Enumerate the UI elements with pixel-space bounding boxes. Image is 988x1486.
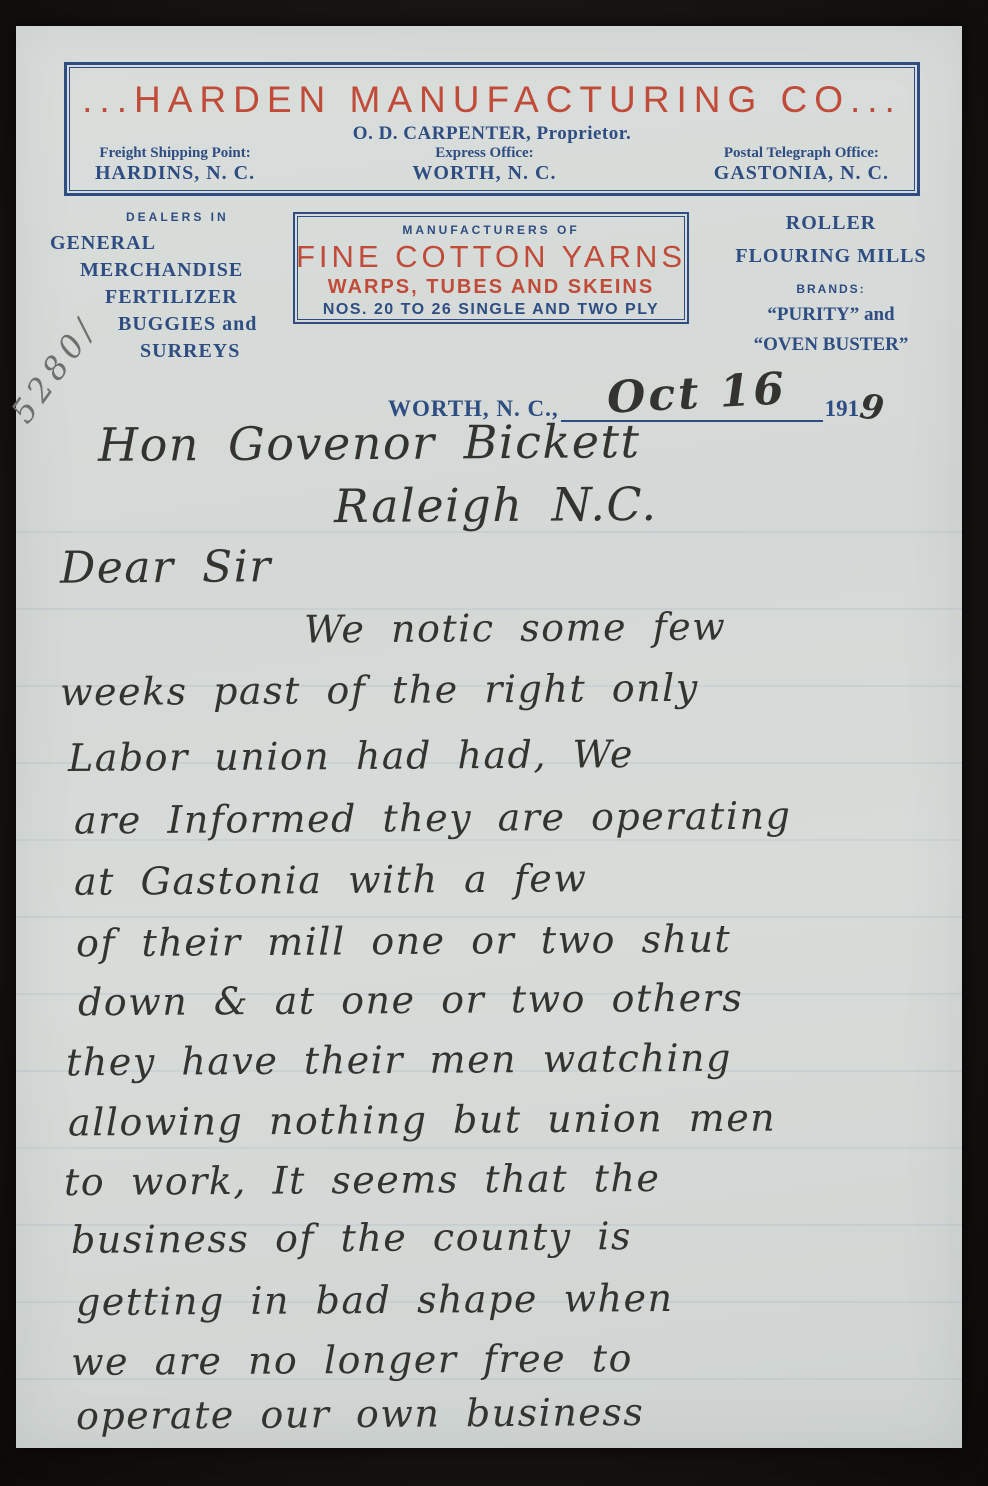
year-printed: 191 [825,396,860,422]
dealers-item: BUGGIES and [118,311,276,338]
body-line: at Gastonia with a few [74,856,588,904]
body-line: We notic some few [304,605,727,652]
office-value: WORTH, N. C. [412,162,556,185]
brand-purity: “PURITY” and [716,304,946,326]
photo-frame: ...HARDEN MANUFACTURING CO... O. D. CARP… [0,0,988,1486]
brand-oven-buster: “OVEN BUSTER” [716,334,946,356]
product-subtitle: WARPS, TUBES AND SKEINS [295,276,687,299]
manufacturers-box: MANUFACTURERS OF FINE COTTON YARNS WARPS… [293,212,689,324]
body-line: Labor union had had, We [68,732,634,780]
body-line: business of the county is [71,1214,632,1262]
dealers-item: FERTILIZER [105,284,276,311]
manufacturers-heading: MANUFACTURERS OF [295,223,687,237]
body-line: we are no longer free to [71,1336,633,1384]
body-line: getting in bad shape when [76,1276,674,1324]
mills-line1: ROLLER [716,212,946,235]
dealers-item: GENERAL [50,230,276,257]
body-line: to work, It seems that the [64,1156,661,1204]
brands-heading: BRANDS: [716,282,946,296]
proprietor-line: O. D. CARPENTER, Proprietor. [67,123,917,145]
address-line: Raleigh N.C. [334,477,658,533]
mills-line2: FLOURING MILLS [716,245,946,268]
body-line: are Informed they are operating [74,793,792,842]
body-line: they have their men watching [66,1036,732,1085]
dealers-item: MERCHANDISE [80,257,276,284]
body-line: of their mill one or two shut [76,917,732,966]
office-value: GASTONIA, N. C. [714,162,889,185]
body-line: weeks past of the right only [60,666,699,714]
product-detail: NOS. 20 TO 26 SINGLE AND TWO PLY [295,301,687,319]
company-name: ...HARDEN MANUFACTURING CO... [67,79,917,121]
offices-row: Freight Shipping Point: HARDINS, N. C. E… [67,145,917,185]
dealers-heading: DEALERS IN [126,210,276,224]
handwritten-year-digit: 9 [857,387,886,430]
office-telegraph: Postal Telegraph Office: GASTONIA, N. C. [714,145,889,185]
office-label: Freight Shipping Point: [95,145,255,162]
product-title: FINE COTTON YARNS [295,239,687,275]
mills-column: ROLLER FLOURING MILLS BRANDS: “PURITY” a… [716,212,946,356]
address-line: Hon Govenor Bickett [98,414,641,472]
salutation: Dear Sir [60,541,272,593]
body-line: operate our own business [76,1390,645,1438]
dealers-item: SURREYS [140,338,276,365]
office-label: Express Office: [412,145,556,162]
body-line: allowing nothing but union men [68,1096,776,1145]
office-value: HARDINS, N. C. [95,162,255,185]
office-express: Express Office: WORTH, N. C. [412,145,556,185]
letterhead-box: ...HARDEN MANUFACTURING CO... O. D. CARP… [64,62,920,196]
office-label: Postal Telegraph Office: [714,145,889,162]
office-freight: Freight Shipping Point: HARDINS, N. C. [95,145,255,185]
letter-paper: ...HARDEN MANUFACTURING CO... O. D. CARP… [16,26,962,1448]
body-line: down & at one or two others [78,976,744,1025]
